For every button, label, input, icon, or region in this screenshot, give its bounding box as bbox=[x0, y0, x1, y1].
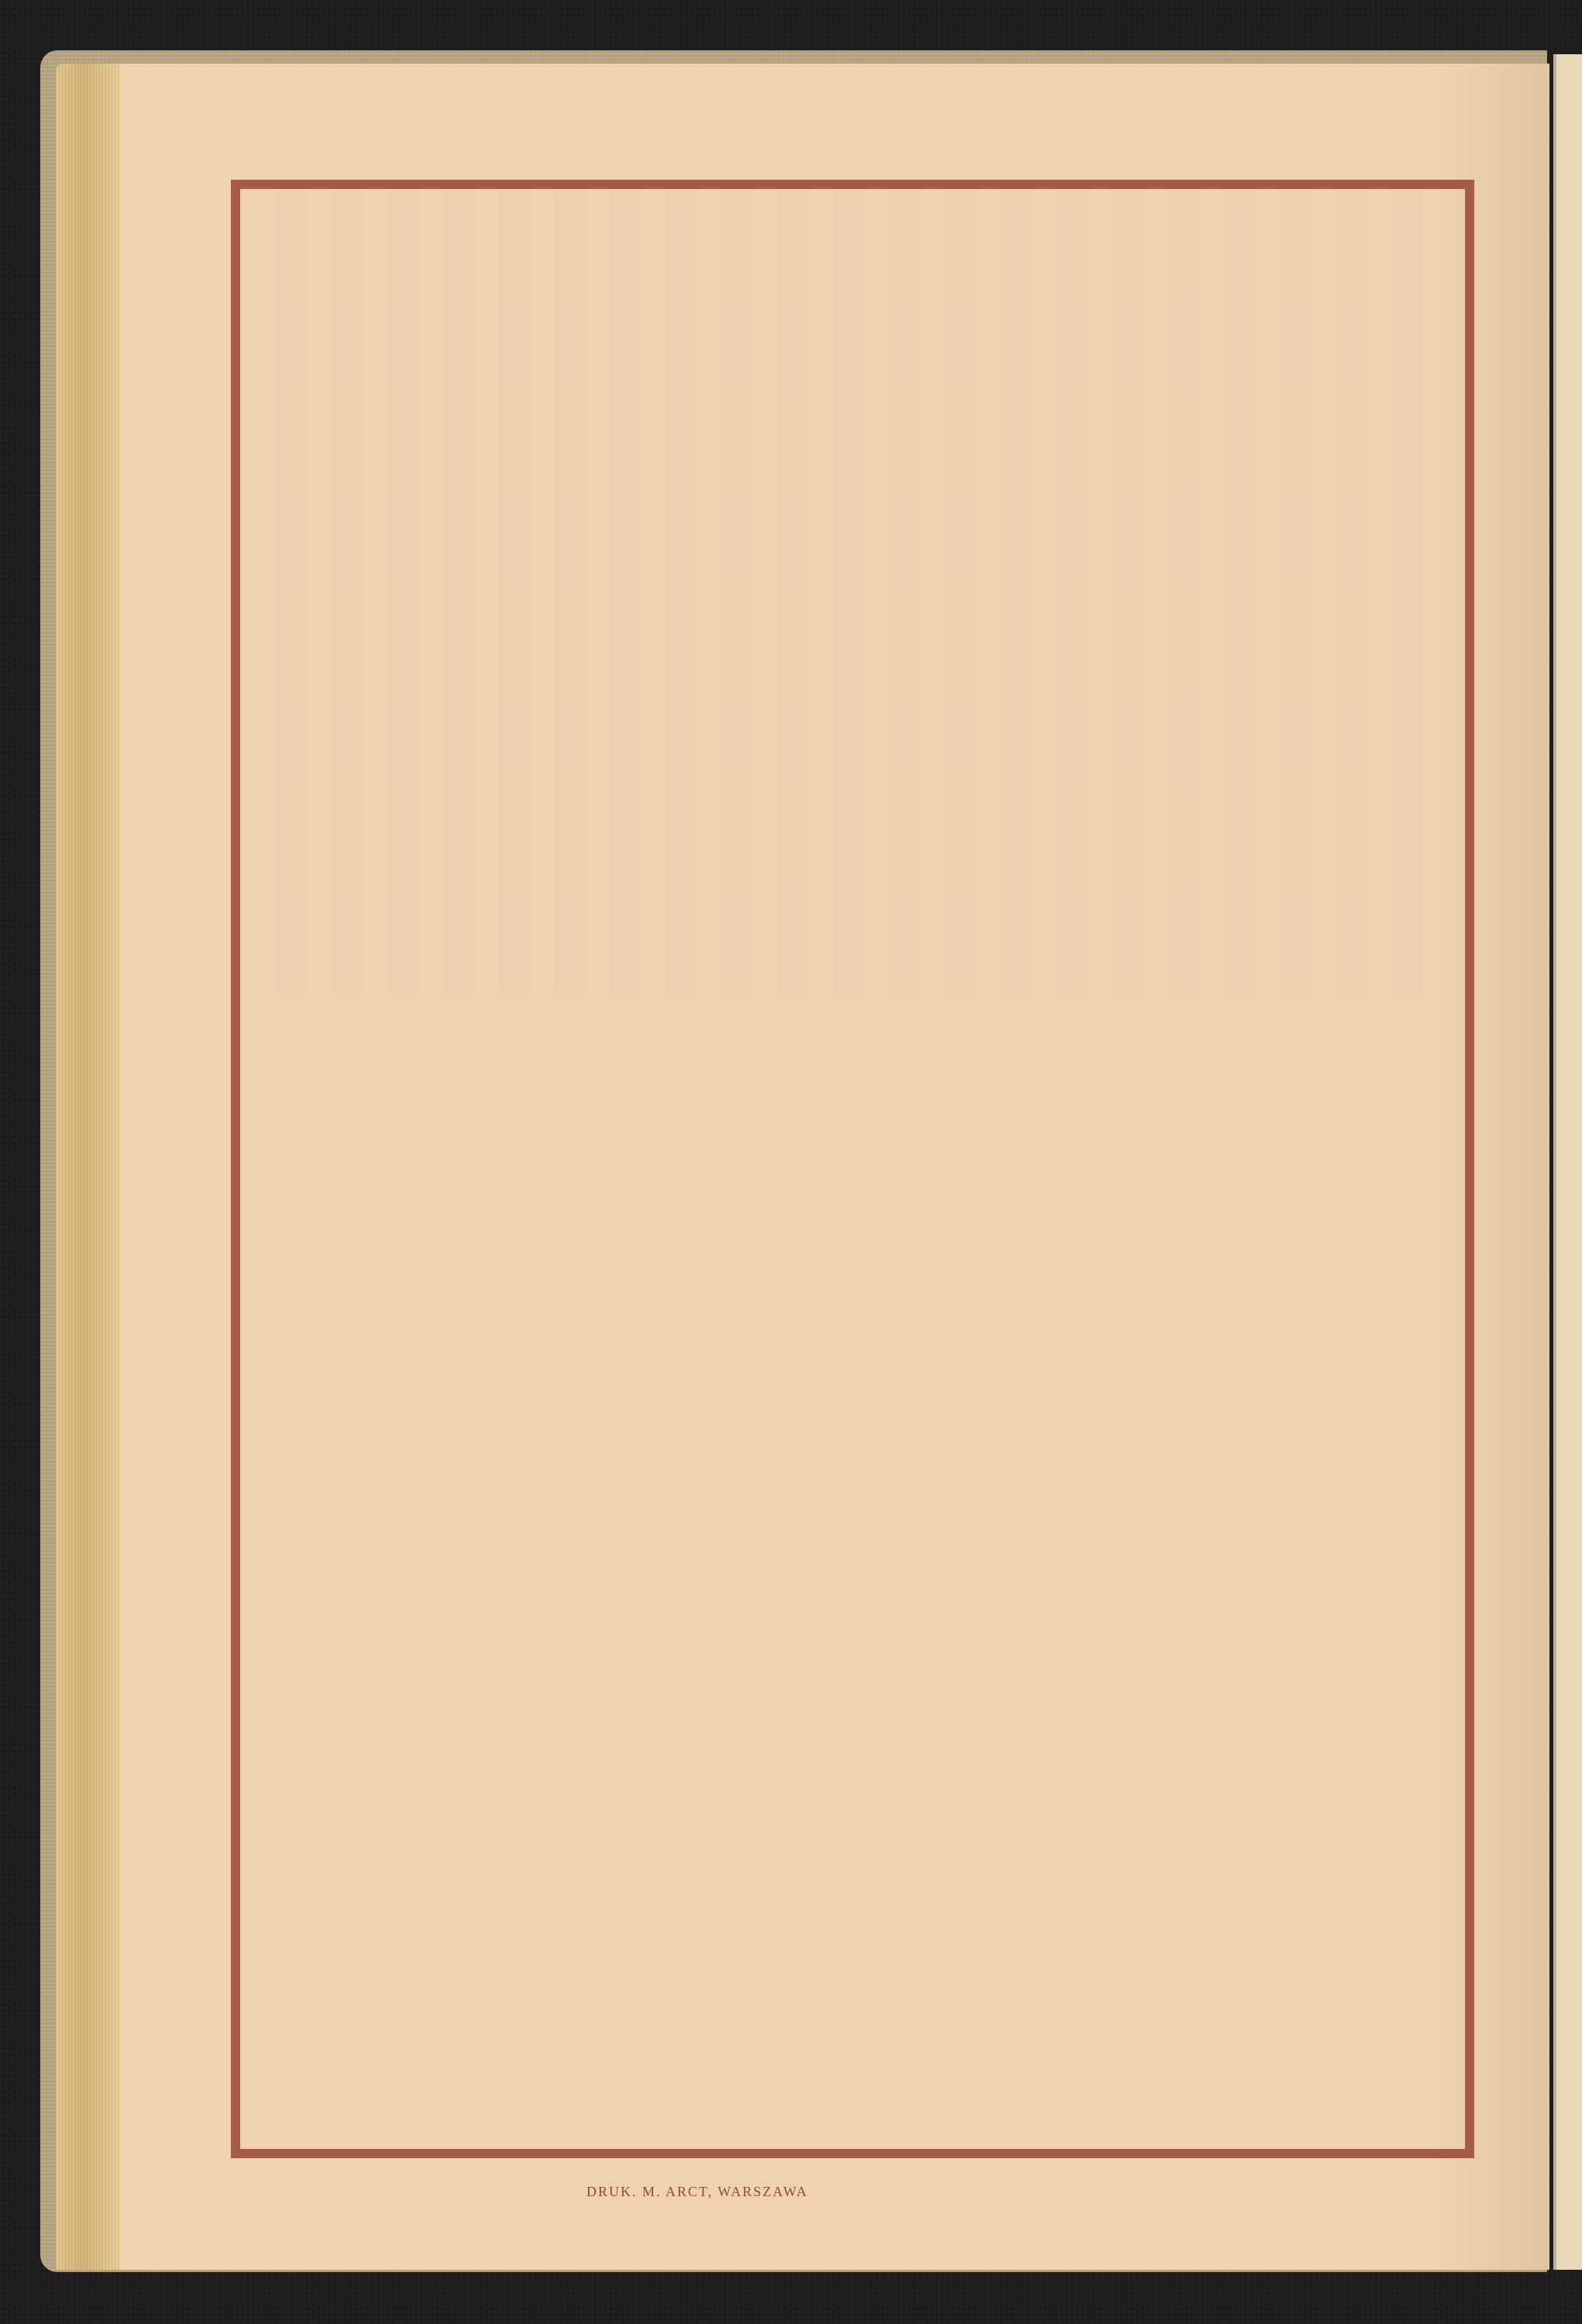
decorative-border-frame bbox=[231, 180, 1474, 2158]
book-page bbox=[120, 64, 1549, 2270]
adjacent-page-edge bbox=[1553, 54, 1582, 2270]
scan-background: DRUK. M. ARCT, WARSZAWA bbox=[0, 0, 1582, 2324]
page-fore-edge bbox=[56, 64, 121, 2270]
printer-imprint: DRUK. M. ARCT, WARSZAWA bbox=[0, 2184, 1549, 2200]
